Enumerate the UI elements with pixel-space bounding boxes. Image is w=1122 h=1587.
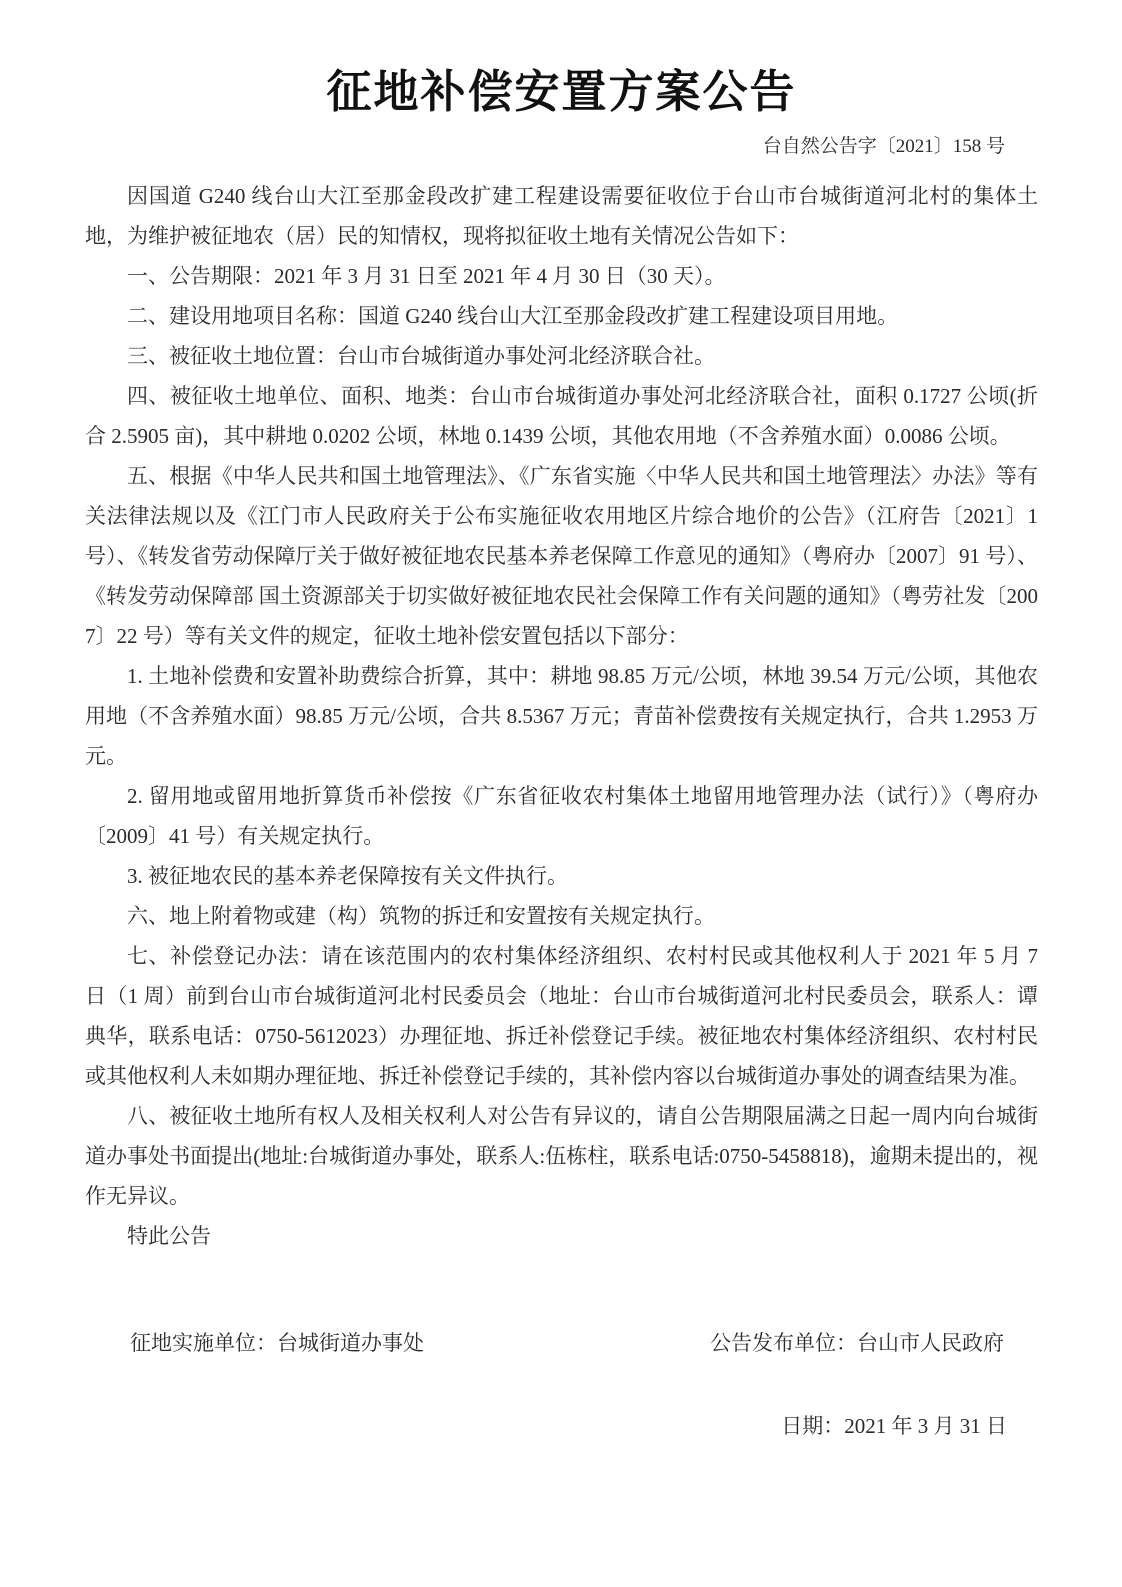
announcement-page: 征地补偿安置方案公告 台自然公告字〔2021〕158 号 因国道 G240 线台… bbox=[0, 0, 1122, 1587]
body-paragraph: 八、被征收土地所有权人及相关权利人对公告有异议的，请自公告期限届满之日起一周内向… bbox=[85, 1096, 1038, 1216]
body-paragraph: 3. 被征地农民的基本养老保障按有关文件执行。 bbox=[85, 856, 1038, 896]
body-paragraph: 2. 留用地或留用地折算货币补偿按《广东省征收农村集体土地留用地管理办法（试行）… bbox=[85, 776, 1038, 856]
body-paragraph: 1. 土地补偿费和安置补助费综合折算，其中：耕地 98.85 万元/公顷，林地 … bbox=[85, 656, 1038, 776]
implementing-unit: 征地实施单位：台城街道办事处 bbox=[130, 1330, 424, 1356]
body-paragraph: 五、根据《中华人民共和国土地管理法》、《广东省实施〈中华人民共和国土地管理法〉办… bbox=[85, 456, 1038, 656]
body-paragraph: 一、公告期限：2021 年 3 月 31 日至 2021 年 4 月 30 日（… bbox=[85, 256, 1038, 296]
body-paragraph: 因国道 G240 线台山大江至那金段改扩建工程建设需要征收位于台山市台城街道河北… bbox=[85, 176, 1038, 256]
body-paragraph: 二、建设用地项目名称：国道 G240 线台山大江至那金段改扩建工程建设项目用地。 bbox=[85, 296, 1038, 336]
document-content: 征地补偿安置方案公告 台自然公告字〔2021〕158 号 因国道 G240 线台… bbox=[0, 0, 1122, 1256]
issuing-unit: 公告发布单位：台山市人民政府 bbox=[710, 1330, 1004, 1356]
body-paragraph: 六、地上附着物或建（构）筑物的拆迁和安置按有关规定执行。 bbox=[85, 896, 1038, 936]
body-paragraph: 四、被征收土地单位、面积、地类：台山市台城街道办事处河北经济联合社，面积 0.1… bbox=[85, 376, 1038, 456]
doc-number: 台自然公告字〔2021〕158 号 bbox=[85, 136, 1038, 158]
body-paragraph: 三、被征收土地位置：台山市台城街道办事处河北经济联合社。 bbox=[85, 336, 1038, 376]
document-body: 因国道 G240 线台山大江至那金段改扩建工程建设需要征收位于台山市台城街道河北… bbox=[85, 176, 1038, 1256]
body-paragraph: 七、补偿登记办法：请在该范围内的农村集体经济组织、农村村民或其他权利人于 202… bbox=[85, 936, 1038, 1096]
page-title: 征地补偿安置方案公告 bbox=[85, 64, 1038, 120]
signature-row: 征地实施单位：台城街道办事处 公告发布单位：台山市人民政府 bbox=[85, 1330, 1038, 1356]
body-paragraph: 特此公告 bbox=[85, 1216, 1038, 1256]
date-line: 日期：2021 年 3 月 31 日 bbox=[781, 1413, 1007, 1439]
